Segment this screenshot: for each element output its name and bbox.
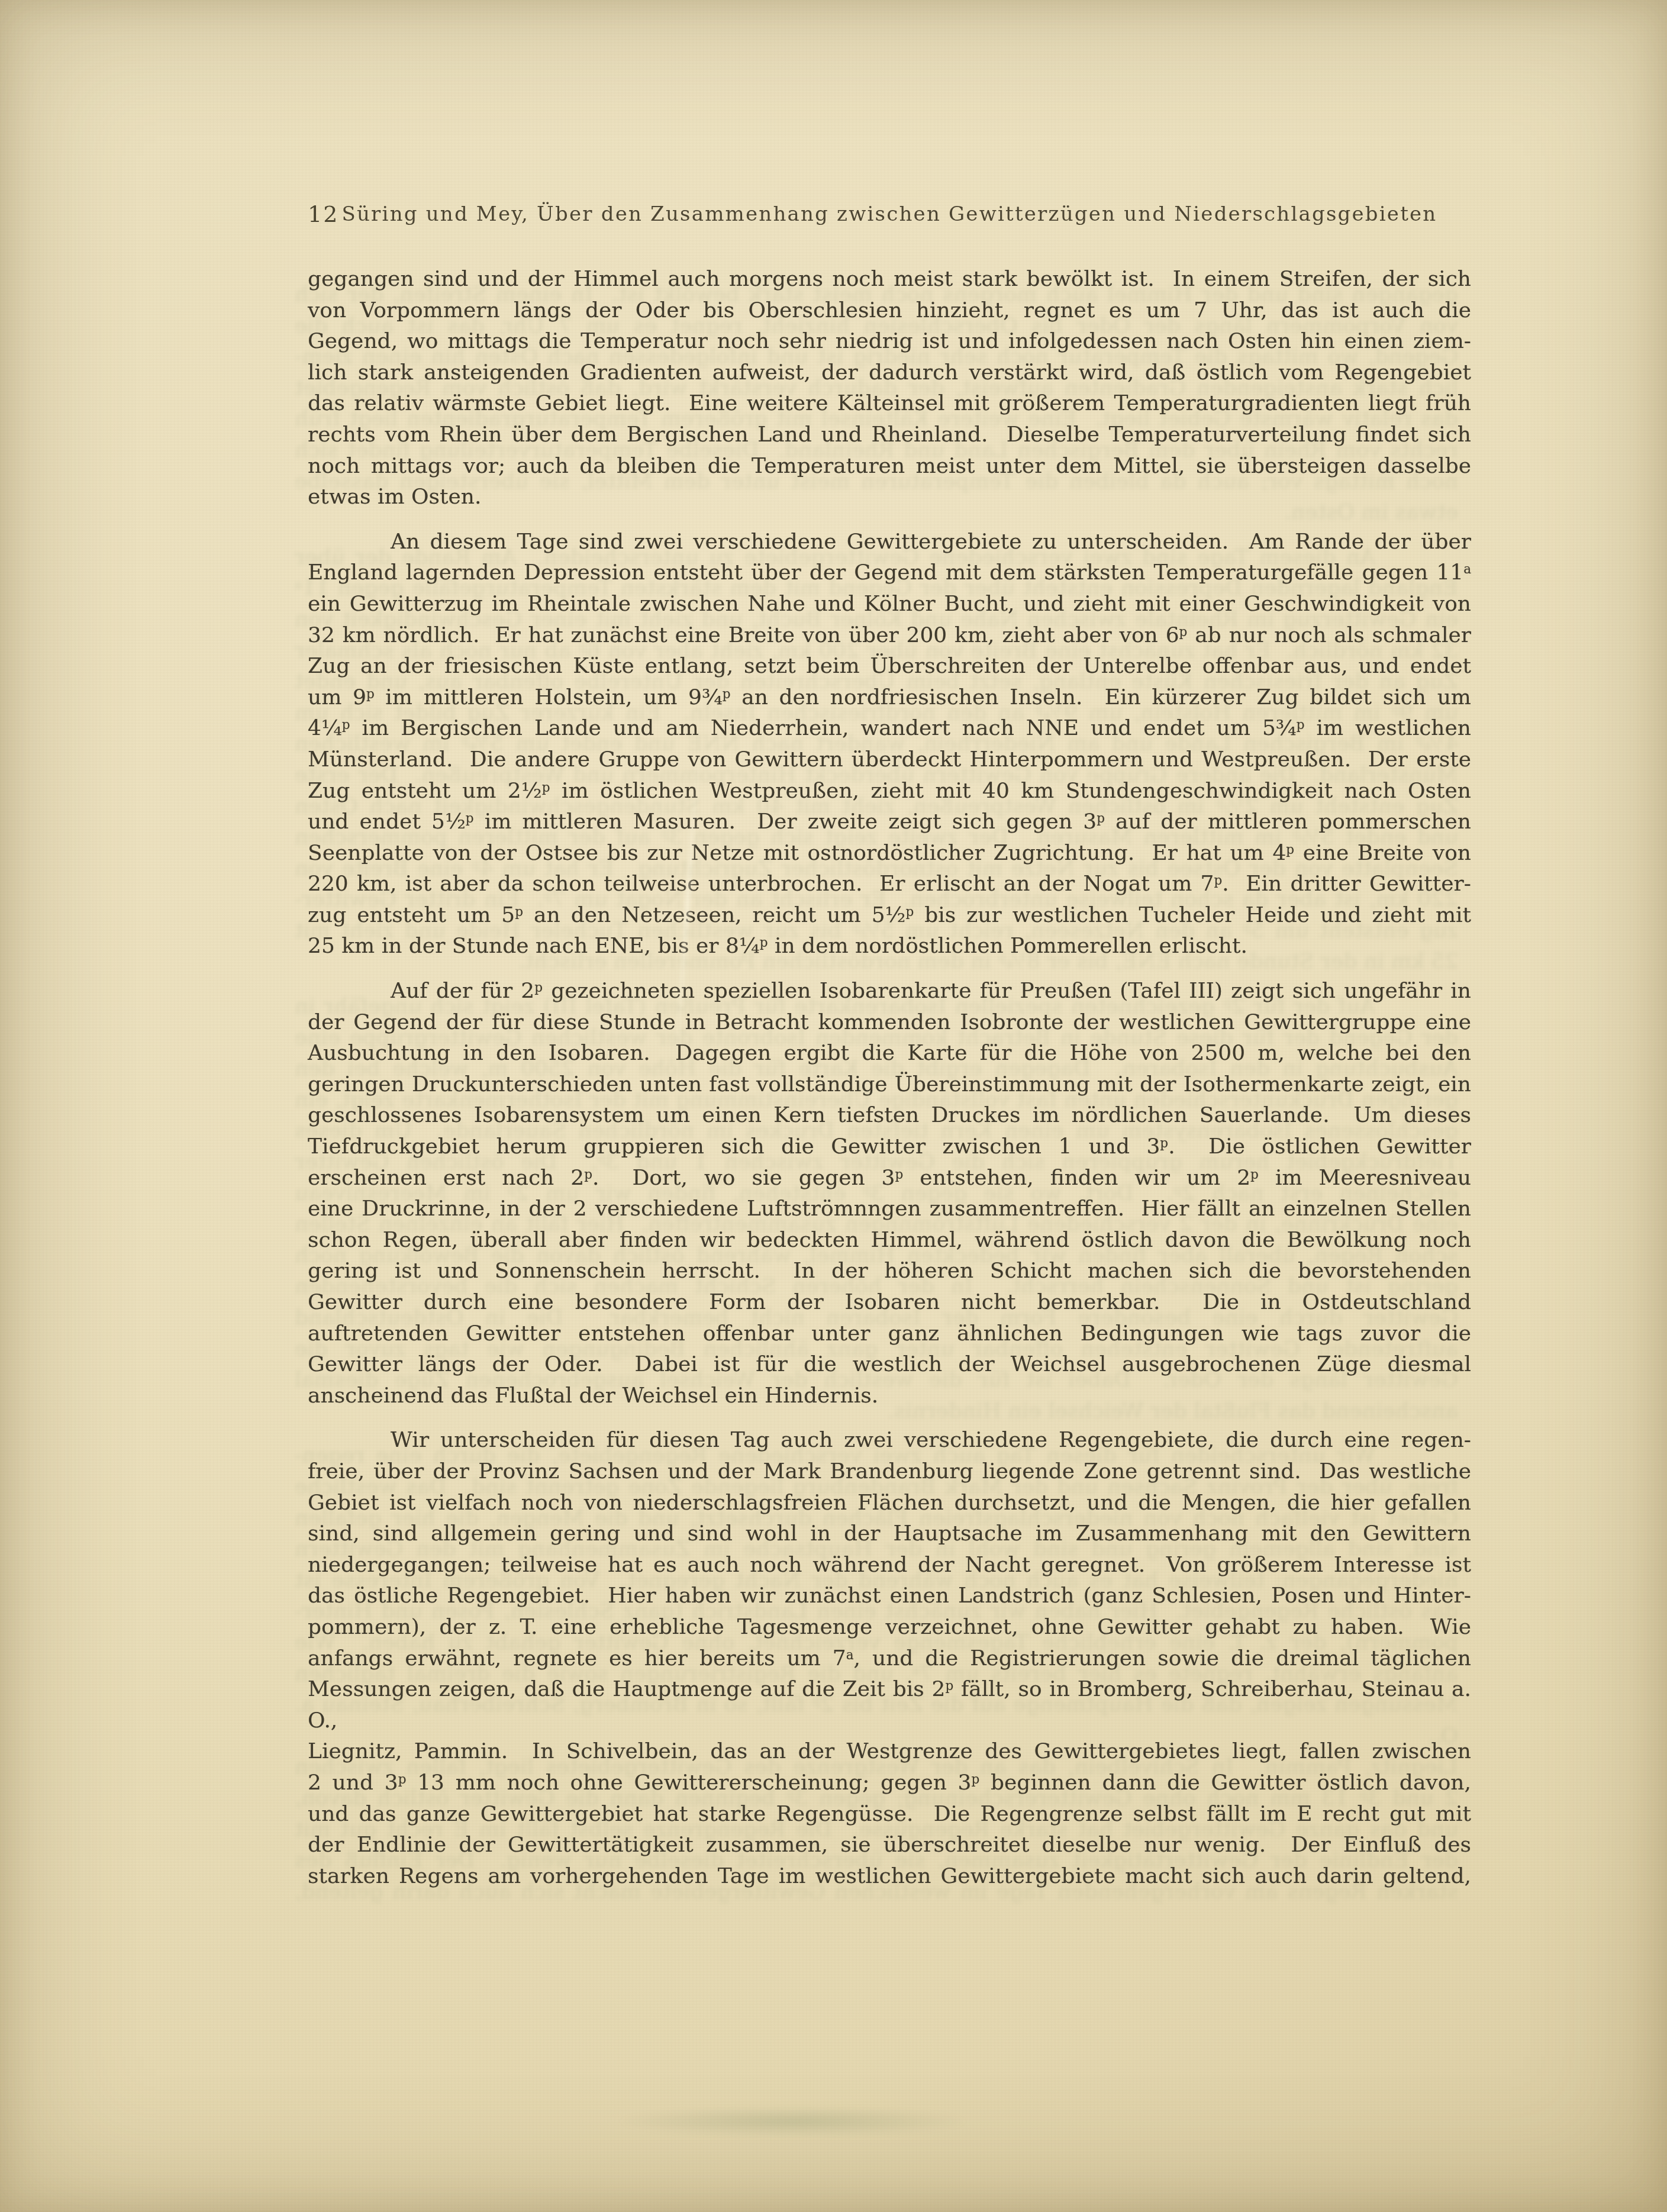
text-line: um 9p im mittleren Holstein, um 9¾p an d… bbox=[308, 682, 1471, 714]
superscript-time-letter: a bbox=[1463, 563, 1471, 578]
superscript-time-letter: p bbox=[723, 687, 731, 702]
text-line: anfangs erwähnt, regnete es hier bereits… bbox=[308, 1643, 1471, 1675]
text-line: pommern), der z. T. eine erhebliche Tage… bbox=[308, 1612, 1471, 1643]
superscript-time-letter: p bbox=[1286, 843, 1294, 857]
text-line: Zug entsteht um 2½p im östlichen Westpre… bbox=[308, 776, 1471, 807]
superscript-time-letter: p bbox=[971, 1772, 979, 1787]
text-line: Gewitter durch eine besondere Form der I… bbox=[308, 1287, 1471, 1318]
text-line: gegangen sind und der Himmel auch morgen… bbox=[308, 264, 1471, 295]
text-line: noch mittags vor; auch da bleiben die Te… bbox=[308, 451, 1471, 482]
text-line: etwas im Osten. bbox=[308, 482, 1471, 513]
paragraph: gegangen sind und der Himmel auch morgen… bbox=[308, 264, 1471, 513]
text-line: sind, sind allgemein gering und sind woh… bbox=[308, 1518, 1471, 1550]
text-line: Zug an der friesischen Küste entlang, se… bbox=[308, 651, 1471, 682]
superscript-time-letter: p bbox=[905, 905, 914, 920]
superscript-time-letter: p bbox=[542, 781, 550, 795]
text-line: freie, über der Provinz Sachsen und der … bbox=[308, 1456, 1471, 1488]
text-line: anscheinend das Flußtal der Weichsel ein… bbox=[308, 1381, 1471, 1412]
text-line: starken Regens am vorhergehenden Tage im… bbox=[308, 1861, 1471, 1892]
bleed-through-smudge bbox=[615, 2107, 970, 2136]
superscript-time-letter: a bbox=[295, 578, 302, 593]
superscript-time-letter: p bbox=[534, 981, 543, 995]
text-line: Liegnitz, Pammin. In Schivelbein, das an… bbox=[308, 1736, 1471, 1768]
superscript-time-letter: p bbox=[398, 1772, 407, 1787]
text-line: rechts vom Rhein über dem Bergischen Lan… bbox=[308, 420, 1471, 451]
text-line: der Gegend der für diese Stunde in Betra… bbox=[308, 1007, 1471, 1039]
paragraph: An diesem Tage sind zwei verschiedene Ge… bbox=[308, 527, 1471, 962]
page-body-text: gegangen sind und der Himmel auch morgen… bbox=[308, 264, 1471, 1892]
text-line: 4¼p im Bergischen Lande und am Niederrhe… bbox=[308, 713, 1471, 744]
text-line: schon Regen, überall aber finden wir bed… bbox=[308, 1225, 1471, 1256]
text-line: zug entsteht um 5p an den Netzeseen, rei… bbox=[308, 900, 1471, 931]
text-line: Wir unterscheiden für diesen Tag auch zw… bbox=[308, 1425, 1471, 1456]
text-line: der Endlinie der Gewittertätigkeit zusam… bbox=[308, 1830, 1471, 1861]
text-line: das relativ wärmste Gebiet liegt. Eine w… bbox=[308, 388, 1471, 420]
text-line: Gegend, wo mittags die Temperatur noch s… bbox=[308, 326, 1471, 357]
text-line: Auf der für 2p gezeichneten speziellen I… bbox=[308, 976, 1471, 1007]
text-line: ein Gewitterzug im Rheintale zwischen Na… bbox=[308, 589, 1471, 620]
text-line: Gebiet ist vielfach noch von niederschla… bbox=[308, 1488, 1471, 1519]
superscript-time-letter: p bbox=[1214, 874, 1222, 889]
text-line: lich stark ansteigenden Gradienten aufwe… bbox=[308, 357, 1471, 389]
text-line: geschlossenes Isobarensystem um einen Ke… bbox=[308, 1100, 1471, 1131]
running-title: Süring und Mey, Über den Zusammenhang zw… bbox=[308, 199, 1471, 226]
text-line: Münsterland. Die andere Gruppe von Gewit… bbox=[308, 744, 1471, 776]
text-line: und endet 5½p im mittleren Masuren. Der … bbox=[308, 807, 1471, 838]
superscript-time-letter: p bbox=[1250, 1168, 1259, 1182]
page-number: 12 bbox=[308, 201, 338, 227]
superscript-time-letter: p bbox=[895, 1168, 904, 1182]
paragraph: Auf der für 2p gezeichneten speziellen I… bbox=[308, 976, 1471, 1411]
text-line: An diesem Tage sind zwei verschiedene Ge… bbox=[308, 527, 1471, 558]
text-line: 2 und 3p 13 mm noch ohne Gewittererschei… bbox=[308, 1768, 1471, 1799]
text-line: auftretenden Gewitter entstehen offenbar… bbox=[308, 1318, 1471, 1350]
superscript-time-letter: p bbox=[1297, 718, 1305, 733]
superscript-time-letter: p bbox=[1097, 811, 1105, 826]
text-line: 25 km in der Stunde nach ENE, bis er 8¼p… bbox=[308, 931, 1471, 962]
text-line: 220 km, ist aber da schon teilweise unte… bbox=[308, 869, 1471, 900]
superscript-time-letter: a bbox=[846, 1648, 854, 1663]
text-line: erscheinen erst nach 2p. Dort, wo sie ge… bbox=[308, 1163, 1471, 1194]
text-line: gering ist und Sonnenschein herrscht. In… bbox=[308, 1256, 1471, 1287]
page-header: 12 Süring und Mey, Über den Zusammenhang… bbox=[308, 199, 1471, 232]
superscript-time-letter: p bbox=[466, 811, 474, 826]
superscript-time-letter: p bbox=[760, 936, 768, 951]
text-line: von Vorpommern längs der Oder bis Obersc… bbox=[308, 295, 1471, 327]
text-line: 32 km nördlich. Er hat zunächst eine Bre… bbox=[308, 620, 1471, 652]
text-line: Seenplatte von der Ostsee bis zur Netze … bbox=[308, 838, 1471, 869]
superscript-time-letter: p bbox=[1160, 1136, 1168, 1151]
text-line: Ausbuchtung in den Isobaren. Dagegen erg… bbox=[308, 1038, 1471, 1069]
text-line: Tiefdruckgebiet herum gruppieren sich di… bbox=[308, 1131, 1471, 1163]
text-line: Messungen zeigen, daß die Hauptmenge auf… bbox=[308, 1674, 1471, 1736]
scanned-page: 12 Süring und Mey, Über den Zusammenhang… bbox=[0, 0, 1667, 2212]
text-line: das östliche Regengebiet. Hier haben wir… bbox=[308, 1581, 1471, 1612]
superscript-time-letter: p bbox=[515, 905, 523, 920]
superscript-time-letter: p bbox=[342, 718, 350, 733]
text-line: geringen Druckunterschieden unten fast v… bbox=[308, 1069, 1471, 1101]
text-line: niedergegangen; teilweise hat es auch no… bbox=[308, 1550, 1471, 1581]
text-line: England lagernden Depression entsteht üb… bbox=[308, 557, 1471, 589]
superscript-time-letter: p bbox=[366, 687, 375, 702]
superscript-time-letter: p bbox=[1179, 625, 1188, 640]
superscript-time-letter: p bbox=[584, 1168, 592, 1182]
text-line: und das ganze Gewittergebiet hat starke … bbox=[308, 1799, 1471, 1830]
text-line: Gewitter längs der Oder. Dabei ist für d… bbox=[308, 1349, 1471, 1381]
paragraph: Wir unterscheiden für diesen Tag auch zw… bbox=[308, 1425, 1471, 1892]
text-line: eine Druckrinne, in der 2 verschiedene L… bbox=[308, 1194, 1471, 1225]
superscript-time-letter: p bbox=[945, 1679, 953, 1694]
